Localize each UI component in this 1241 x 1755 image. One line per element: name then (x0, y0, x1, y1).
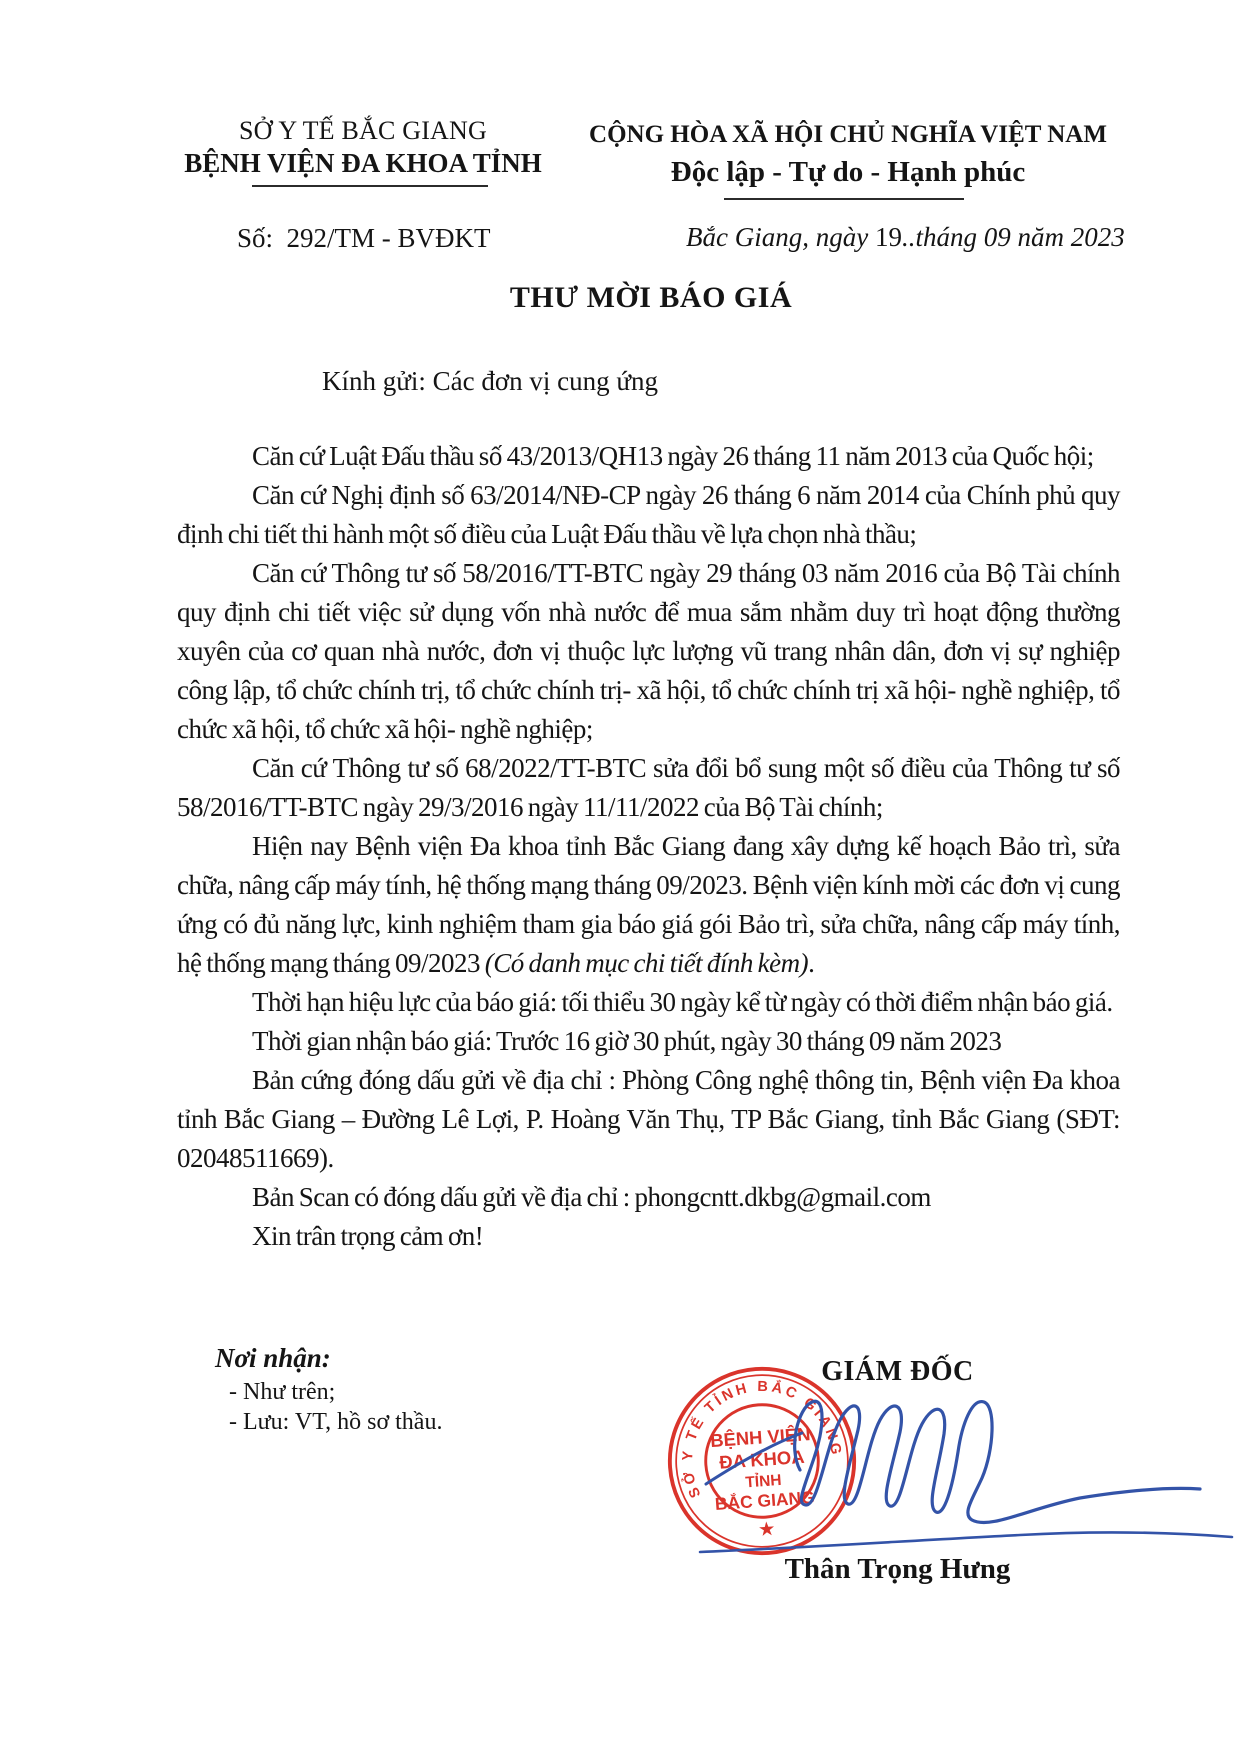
date-prefix: Bắc Giang, ngày (686, 222, 875, 252)
paragraph-legal-basis-2: Căn cứ Nghị định số 63/2014/NĐ-CP ngày 2… (177, 476, 1120, 554)
paragraph-invitation: Hiện nay Bệnh viện Đa khoa tỉnh Bắc Gian… (177, 827, 1120, 983)
recipients-list: - Như trên; - Lưu: VT, hồ sơ thầu. (229, 1377, 442, 1437)
date-suffix: ..tháng 09 năm 2023 (902, 222, 1125, 252)
letter-body: Căn cứ Luật Đấu thầu số 43/2013/QH13 ngà… (177, 437, 1120, 1256)
org-underline (252, 185, 488, 187)
paragraph-thanks: Xin trân trọng cảm ơn! (177, 1217, 1120, 1256)
attachment-note: (Có danh mục chi tiết đính kèm) (485, 948, 808, 978)
national-title: CỘNG HÒA XÃ HỘI CHỦ NGHĨA VIỆT NAM (570, 121, 1126, 149)
document-number: Số: 292/TM - BVĐKT (237, 223, 491, 254)
paragraph-text: Thời gian nhận báo giá: Trước 16 giờ 30 … (252, 1026, 1001, 1056)
recipient-item: - Như trên; (229, 1377, 442, 1407)
motto-underline (724, 198, 964, 200)
paragraph-legal-basis-4: Căn cứ Thông tư số 68/2022/TT-BTC sửa đổ… (177, 749, 1120, 827)
document-page: SỞ Y TẾ BẮC GIANG BỆNH VIỆN ĐA KHOA TỈNH… (0, 0, 1241, 1755)
paragraph-hardcopy-address: Bản cứng đóng dấu gửi về địa chỉ : Phòng… (177, 1061, 1120, 1178)
paragraph-text: Bản Scan có đóng dấu gửi về địa chỉ : ph… (252, 1182, 931, 1212)
recipient-item: - Lưu: VT, hồ sơ thầu. (229, 1407, 442, 1437)
paragraph-text: Căn cứ Thông tư số 68/2022/TT-BTC sửa đổ… (177, 753, 1120, 822)
paragraph-text: Xin trân trọng cảm ơn! (252, 1221, 483, 1251)
place-date-line: Bắc Giang, ngày 19..tháng 09 năm 2023 (686, 222, 1125, 253)
paragraph-deadline: Thời gian nhận báo giá: Trước 16 giờ 30 … (177, 1022, 1120, 1061)
paragraph-validity: Thời hạn hiệu lực của báo giá: tối thiểu… (177, 983, 1120, 1022)
paragraph-text: Bản cứng đóng dấu gửi về địa chỉ : Phòng… (177, 1065, 1120, 1173)
org-name: BỆNH VIỆN ĐA KHOA TỈNH (157, 148, 569, 179)
national-motto: Độc lập - Tự do - Hạnh phúc (570, 156, 1126, 189)
document-title: THƯ MỜI BÁO GIÁ (177, 281, 1125, 315)
paragraph-text: Căn cứ Nghị định số 63/2014/NĐ-CP ngày 2… (177, 480, 1120, 549)
signature-flourish-stroke (700, 1532, 1232, 1552)
paragraph-legal-basis-1: Căn cứ Luật Đấu thầu số 43/2013/QH13 ngà… (177, 437, 1120, 476)
org-parent-name: SỞ Y TẾ BẮC GIANG (177, 116, 549, 146)
paragraph-text: Thời hạn hiệu lực của báo giá: tối thiểu… (252, 987, 1113, 1017)
paragraph-legal-basis-3: Căn cứ Thông tư số 58/2016/TT-BTC ngày 2… (177, 554, 1120, 749)
salutation: Kính gửi: Các đơn vị cung ứng (322, 366, 658, 397)
paragraph-text: . (808, 948, 814, 978)
signature-ink (600, 1370, 1241, 1600)
paragraph-text: Căn cứ Thông tư số 58/2016/TT-BTC ngày 2… (177, 558, 1120, 744)
signature-loops-stroke (795, 1401, 1200, 1522)
paragraph-scan-address: Bản Scan có đóng dấu gửi về địa chỉ : ph… (177, 1178, 1120, 1217)
signature-leadin-stroke (706, 1433, 802, 1484)
paragraph-text: Căn cứ Luật Đấu thầu số 43/2013/QH13 ngà… (252, 441, 1094, 471)
date-day: 19 (875, 222, 902, 252)
recipients-label: Nơi nhận: (215, 1343, 331, 1374)
